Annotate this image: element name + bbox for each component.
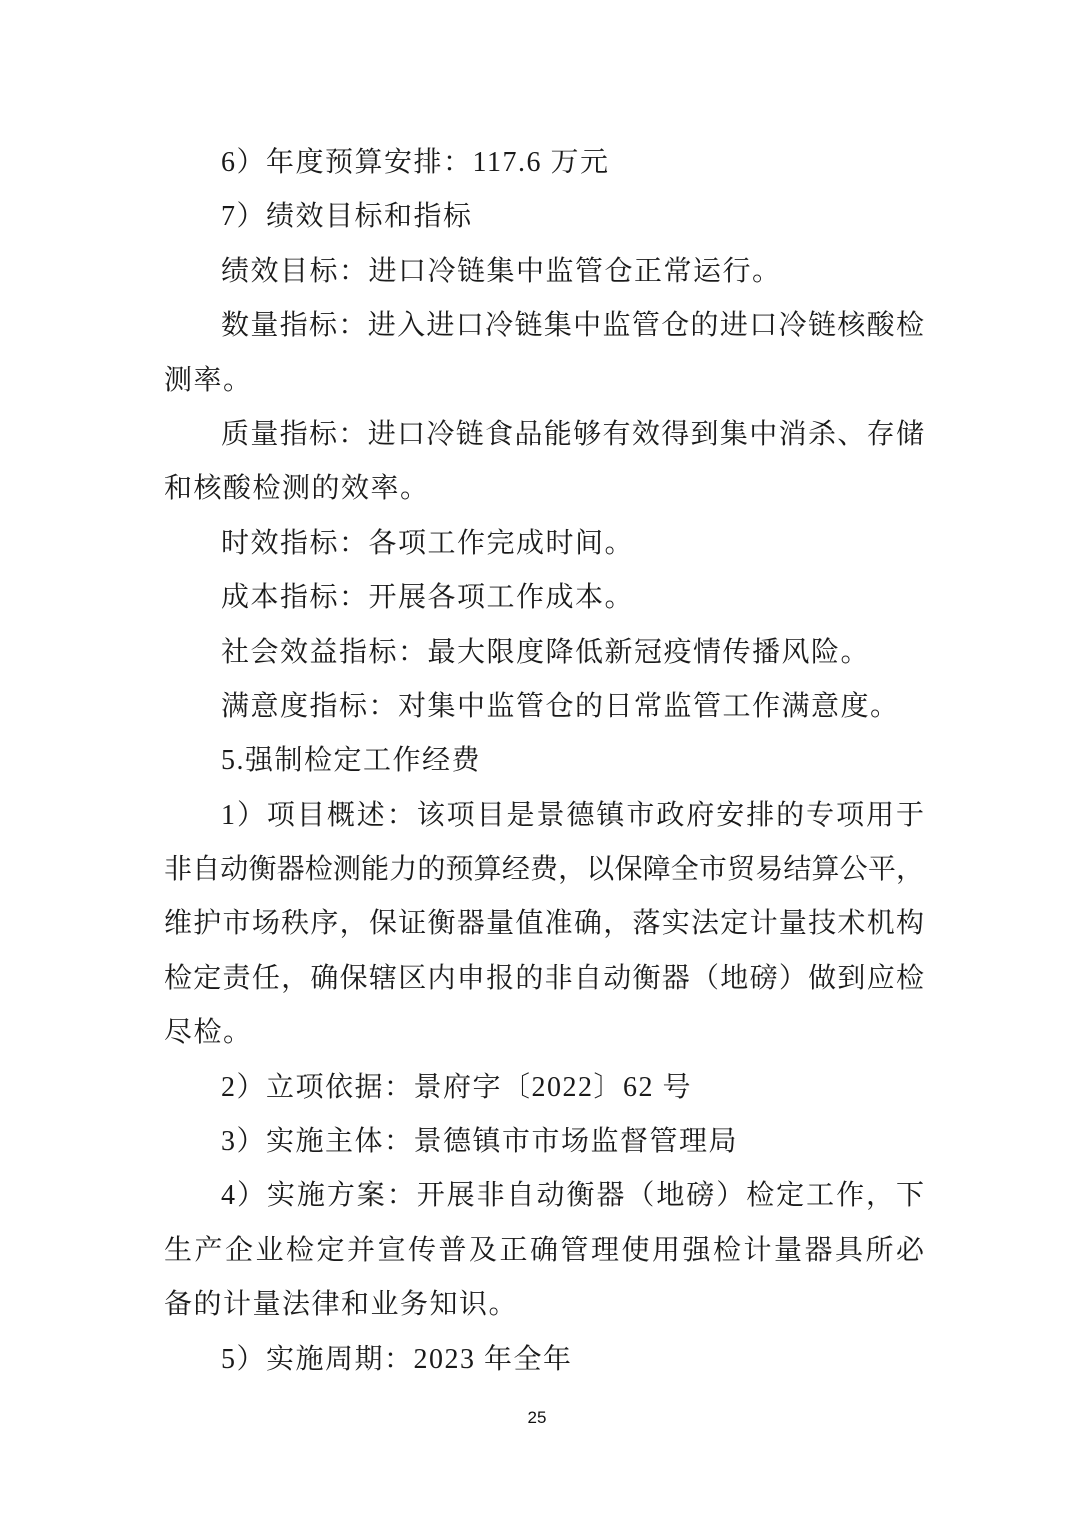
text-line: 质量指标：进口冷链食品能够有效得到集中消杀、存储 xyxy=(164,408,924,462)
text-line: 5.强制检定工作经费 xyxy=(164,734,924,788)
text-line: 非自动衡器检测能力的预算经费，以保障全市贸易结算公平， xyxy=(164,843,924,897)
text-line: 数量指标：进入进口冷链集中监管仓的进口冷链核酸检 xyxy=(164,299,924,353)
text-line: 尽检。 xyxy=(164,1006,924,1060)
page-number: 25 xyxy=(0,1406,1074,1430)
text-line: 备的计量法律和业务知识。 xyxy=(164,1278,924,1332)
text-line: 社会效益指标：最大限度降低新冠疫情传播风险。 xyxy=(164,626,924,680)
text-line: 检定责任，确保辖区内申报的非自动衡器（地磅）做到应检 xyxy=(164,952,924,1006)
text-line: 2）立项依据：景府字〔2022〕62 号 xyxy=(164,1061,924,1115)
text-line: 维护市场秩序，保证衡器量值准确，落实法定计量技术机构 xyxy=(164,897,924,951)
text-line: 5）实施周期：2023 年全年 xyxy=(164,1333,924,1387)
text-line: 满意度指标：对集中监管仓的日常监管工作满意度。 xyxy=(164,680,924,734)
document-page: 6）年度预算安排：117.6 万元7）绩效目标和指标绩效目标：进口冷链集中监管仓… xyxy=(0,0,1074,1520)
text-line: 绩效目标：进口冷链集中监管仓正常运行。 xyxy=(164,245,924,299)
text-line: 测率。 xyxy=(164,354,924,408)
text-line: 生产企业检定并宣传普及正确管理使用强检计量器具所必 xyxy=(164,1224,924,1278)
text-line: 成本指标：开展各项工作成本。 xyxy=(164,571,924,625)
document-body: 6）年度预算安排：117.6 万元7）绩效目标和指标绩效目标：进口冷链集中监管仓… xyxy=(164,136,924,1387)
text-line: 和核酸检测的效率。 xyxy=(164,462,924,516)
text-line: 1）项目概述：该项目是景德镇市政府安排的专项用于 xyxy=(164,789,924,843)
text-line: 3）实施主体：景德镇市市场监督管理局 xyxy=(164,1115,924,1169)
text-line: 时效指标：各项工作完成时间。 xyxy=(164,517,924,571)
text-line: 4）实施方案：开展非自动衡器（地磅）检定工作，下 xyxy=(164,1169,924,1223)
text-line: 7）绩效目标和指标 xyxy=(164,190,924,244)
text-line: 6）年度预算安排：117.6 万元 xyxy=(164,136,924,190)
